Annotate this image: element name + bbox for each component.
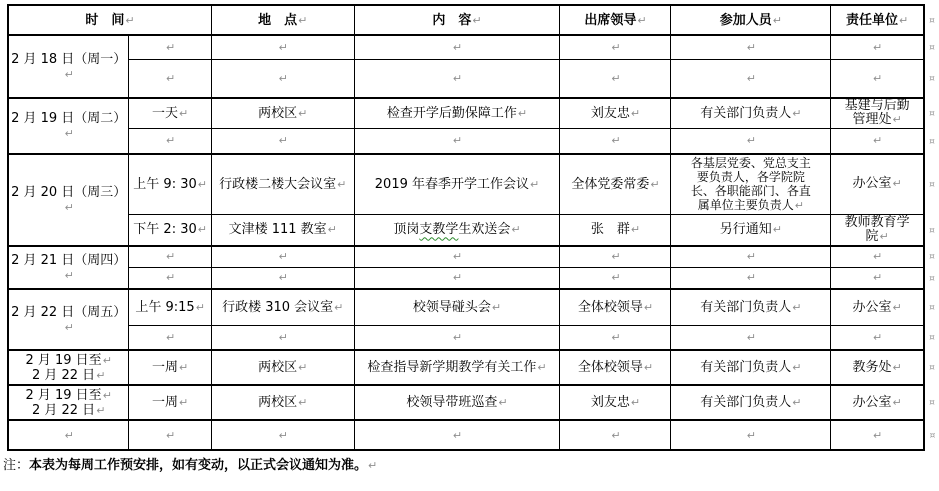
pilcrow-mark: ↵ — [893, 177, 902, 190]
pilcrow-mark: ↵ — [103, 389, 112, 402]
pilcrow-mark: ↵ — [498, 396, 507, 409]
row-end-cell: ¤ — [924, 214, 938, 246]
cell-wed-am-time: 上午 9: 30↵ — [129, 154, 212, 214]
cell-fri-date: 2 月 22 日（周五）↵ — [8, 289, 129, 350]
content-label-spellcheck: 支教学 — [419, 222, 458, 237]
pilcrow-mark: ↵ — [537, 361, 546, 374]
date-label: 2 月 19 日至↵ — [10, 353, 127, 368]
pilcrow-mark: ↵ — [96, 369, 105, 382]
pilcrow-mark: ↵ — [453, 134, 462, 147]
cell-tue-time: 一天↵ — [129, 98, 212, 128]
cell-wed-pm-place: 文津楼 111 教室↵ — [211, 214, 354, 246]
header-unit-label: 责任单位 — [846, 13, 898, 28]
pilcrow-mark: ↵ — [166, 134, 175, 147]
pilcrow-mark: ↵ — [65, 201, 74, 214]
cell-wed-pm-content: 顶岗支教学生欢送会↵ — [354, 214, 560, 246]
cell-week1-time: 一周↵ — [129, 350, 212, 385]
cell-fri-leader: 全体校领导↵ — [560, 289, 671, 325]
pilcrow-mark: ↵ — [792, 396, 801, 409]
participants-label: 另行通知 — [720, 222, 772, 237]
cell-week1-place: 两校区↵ — [211, 350, 354, 385]
pilcrow-mark: ↵ — [279, 72, 288, 85]
pilcrow-mark: ↵ — [334, 301, 343, 314]
pilcrow-mark: ↵ — [747, 134, 756, 147]
table-row: 2 月 22 日（周五）↵ 上午 9:15↵ 行政楼 310 会议室↵ 校领导碰… — [8, 289, 938, 325]
row-end-cell: ¤ — [924, 128, 938, 154]
pilcrow-mark: ↵ — [893, 301, 902, 314]
cell-week1-date: 2 月 19 日至↵2 月 22 日↵ — [8, 350, 129, 385]
pilcrow-mark: ↵ — [747, 41, 756, 54]
header-row: 时 间↵ 地 点↵ 内 容↵ 出席领导↵ 参加人员↵ 责任单位↵ ¤ — [8, 5, 938, 35]
pilcrow-mark: ↵ — [518, 107, 527, 120]
table-row: ↵ ↵ ↵ ↵ ↵ ↵ ¤ — [8, 59, 938, 98]
participants-label: 有关部门负责人 — [700, 395, 791, 410]
pilcrow-mark: ↵ — [611, 429, 620, 442]
cell-wed-am-participants: 各基层党委、党总支主要负责人，各学院院长、各职能部门、各直属单位主要负责人↵ — [671, 154, 831, 214]
pilcrow-mark: ↵ — [279, 134, 288, 147]
participants-label: 有关部门负责人 — [700, 106, 791, 121]
cell-tue-participants: 有关部门负责人↵ — [671, 98, 831, 128]
cell-wed-am-place: 行政楼二楼大会议室↵ — [211, 154, 354, 214]
table-row: 2 月 18 日（周一）↵ ↵ ↵ ↵ ↵ ↵ ↵ ¤ — [8, 35, 938, 59]
cell-thu-slot2-leader: ↵ — [560, 267, 671, 289]
pilcrow-mark: ↵ — [611, 134, 620, 147]
cell-tue-slot2-unit: ↵ — [831, 128, 924, 154]
pilcrow-mark: ↵ — [472, 14, 481, 27]
cell-mon-slot2-unit: ↵ — [831, 59, 924, 98]
cell-wed-date: 2 月 20 日（周三）↵ — [8, 154, 129, 246]
pilcrow-mark: ↵ — [198, 178, 207, 191]
cell-fri-place: 行政楼 310 会议室↵ — [211, 289, 354, 325]
table-row: 2 月 19 日至↵2 月 22 日↵ 一周↵ 两校区↵ 校领导带班巡查↵ 刘友… — [8, 385, 938, 420]
content-label: 校领导带班巡查 — [406, 395, 497, 410]
cell-fri-participants: 有关部门负责人↵ — [671, 289, 831, 325]
pilcrow-mark: ↵ — [611, 331, 620, 344]
row-end-mark: ¤ — [929, 363, 935, 373]
row-end-mark: ¤ — [929, 226, 935, 236]
cell-week2-unit: 办公室↵ — [831, 385, 924, 420]
pilcrow-mark: ↵ — [65, 269, 74, 282]
pilcrow-mark: ↵ — [96, 404, 105, 417]
row-end-mark: ¤ — [929, 333, 935, 343]
unit-label: 教务处 — [852, 360, 891, 375]
pilcrow-mark: ↵ — [650, 178, 659, 191]
pilcrow-mark: ↵ — [899, 14, 908, 27]
cell-wed-pm-leader: 张 群↵ — [560, 214, 671, 246]
header-unit: 责任单位↵ — [831, 5, 924, 35]
pilcrow-mark: ↵ — [631, 107, 640, 120]
content-label: 检查开学后勤保障工作 — [387, 106, 517, 121]
header-participants: 参加人员↵ — [671, 5, 831, 35]
cell-thu-date: 2 月 21 日（周四）↵ — [8, 246, 129, 289]
leader-label: 刘友忠 — [591, 106, 630, 121]
cell-mon-slot2-time: ↵ — [129, 59, 212, 98]
cell-mon-slot1-content: ↵ — [354, 35, 560, 59]
cell-thu-slot2-place: ↵ — [211, 267, 354, 289]
cell-week2-content: 校领导带班巡查↵ — [354, 385, 560, 420]
pilcrow-mark: ↵ — [453, 271, 462, 284]
pilcrow-mark: ↵ — [644, 301, 653, 314]
cell-tue-slot2-time: ↵ — [129, 128, 212, 154]
pilcrow-mark: ↵ — [328, 223, 337, 236]
leader-label: 张 群 — [591, 222, 630, 237]
cell-mon-slot1-leader: ↵ — [560, 35, 671, 59]
time-label: 上午 9: 30 — [133, 177, 196, 192]
row-end-cell: ¤ — [924, 420, 938, 450]
pilcrow-mark: ↵ — [530, 178, 539, 191]
pilcrow-mark: ↵ — [196, 301, 205, 314]
cell-thu-slot1-place: ↵ — [211, 246, 354, 267]
cell-last-participants: ↵ — [671, 420, 831, 450]
pilcrow-mark: ↵ — [792, 361, 801, 374]
pilcrow-mark: ↵ — [773, 14, 782, 27]
table-row: ↵ ↵ ↵ ↵ ↵ ↵ ¤ — [8, 128, 938, 154]
cell-last-place: ↵ — [211, 420, 354, 450]
cell-fri-content: 校领导碰头会↵ — [354, 289, 560, 325]
pilcrow-mark: ↵ — [279, 250, 288, 263]
cell-week2-date: 2 月 19 日至↵2 月 22 日↵ — [8, 385, 129, 420]
pilcrow-mark: ↵ — [747, 331, 756, 344]
pilcrow-mark: ↵ — [637, 14, 646, 27]
cell-last-time: ↵ — [129, 420, 212, 450]
date-label: 2 月 19 日至↵ — [10, 388, 127, 403]
cell-week1-leader: 全体校领导↵ — [560, 350, 671, 385]
cell-wed-pm-participants: 另行通知↵ — [671, 214, 831, 246]
cell-fri-slot2-content: ↵ — [354, 325, 560, 350]
cell-mon-slot1-time: ↵ — [129, 35, 212, 59]
cell-tue-unit: 基建与后勤管理处↵ — [831, 98, 924, 128]
header-time: 时 间↵ — [8, 5, 211, 35]
cell-mon-slot2-place: ↵ — [211, 59, 354, 98]
pilcrow-mark: ↵ — [65, 429, 74, 442]
place-label: 文津楼 111 教室 — [229, 222, 327, 237]
participants-label: 各基层党委、党总支主要负责人，各学院院长、各职能部门、各直属单位主要负责人 — [691, 156, 811, 212]
row-end-cell: ¤ — [924, 350, 938, 385]
cell-thu-slot2-participants: ↵ — [671, 267, 831, 289]
time-label: 下午 2: 30 — [133, 222, 196, 237]
pilcrow-mark: ↵ — [747, 271, 756, 284]
pilcrow-mark: ↵ — [747, 429, 756, 442]
pilcrow-mark: ↵ — [873, 134, 882, 147]
cell-mon-slot2-content: ↵ — [354, 59, 560, 98]
cell-mon-slot1-place: ↵ — [211, 35, 354, 59]
row-end-cell: ¤ — [924, 35, 938, 59]
leader-label: 刘友忠 — [591, 395, 630, 410]
content-label: 2019 年春季开学工作会议 — [375, 177, 529, 192]
content-label: 校领导碰头会 — [413, 300, 491, 315]
cell-last-leader: ↵ — [560, 420, 671, 450]
pilcrow-mark: ↵ — [631, 396, 640, 409]
leader-label: 全体校领导 — [578, 360, 643, 375]
cell-week2-leader: 刘友忠↵ — [560, 385, 671, 420]
row-end-cell: ¤ — [924, 385, 938, 420]
pilcrow-mark: ↵ — [103, 354, 112, 367]
row-end-mark: ¤ — [929, 303, 935, 313]
pilcrow-mark: ↵ — [873, 271, 882, 284]
cell-mon-date: 2 月 18 日（周一）↵ — [8, 35, 129, 98]
cell-fri-slot2-leader: ↵ — [560, 325, 671, 350]
pilcrow-mark: ↵ — [611, 41, 620, 54]
date-label: 2 月 21 日（周四） — [11, 253, 126, 268]
leader-label: 全体校领导 — [578, 300, 643, 315]
cell-last-date: ↵ — [8, 420, 129, 450]
table-row: 2 月 19 日至↵2 月 22 日↵ 一周↵ 两校区↵ 检查指导新学期教学有关… — [8, 350, 938, 385]
pilcrow-mark: ↵ — [298, 107, 307, 120]
pilcrow-mark: ↵ — [880, 230, 889, 243]
row-end-mark: ¤ — [929, 180, 935, 190]
cell-week2-place: 两校区↵ — [211, 385, 354, 420]
row-end-mark: ¤ — [929, 74, 935, 84]
pilcrow-mark: ↵ — [747, 250, 756, 263]
row-end-cell: ¤ — [924, 98, 938, 128]
pilcrow-mark: ↵ — [873, 72, 882, 85]
pilcrow-mark: ↵ — [65, 127, 74, 140]
pilcrow-mark: ↵ — [298, 396, 307, 409]
row-end-mark: ¤ — [929, 137, 935, 147]
unit-label: 教师教育学院 — [845, 215, 910, 244]
header-content: 内 容↵ — [354, 5, 560, 35]
pilcrow-mark: ↵ — [453, 72, 462, 85]
pilcrow-mark: ↵ — [166, 429, 175, 442]
cell-tue-slot2-leader: ↵ — [560, 128, 671, 154]
cell-fri-slot2-participants: ↵ — [671, 325, 831, 350]
pilcrow-mark: ↵ — [125, 14, 134, 27]
place-label: 两校区 — [258, 360, 297, 375]
content-label: 检查指导新学期教学有关工作 — [367, 360, 536, 375]
place-label: 行政楼二楼大会议室 — [219, 177, 336, 192]
pilcrow-mark: ↵ — [795, 199, 804, 212]
leader-label: 全体党委常委 — [571, 177, 649, 192]
pilcrow-mark: ↵ — [893, 396, 902, 409]
place-label: 两校区 — [258, 395, 297, 410]
pilcrow-mark: ↵ — [279, 41, 288, 54]
row-end-mark: ¤ — [929, 252, 935, 262]
cell-week1-participants: 有关部门负责人↵ — [671, 350, 831, 385]
cell-fri-time: 上午 9:15↵ — [129, 289, 212, 325]
cell-week1-content: 检查指导新学期教学有关工作↵ — [354, 350, 560, 385]
cell-fri-slot2-unit: ↵ — [831, 325, 924, 350]
cell-tue-leader: 刘友忠↵ — [560, 98, 671, 128]
pilcrow-mark: ↵ — [893, 113, 902, 126]
pilcrow-mark: ↵ — [611, 271, 620, 284]
row-end-cell: ¤ — [924, 59, 938, 98]
header-leader-label: 出席领导 — [584, 13, 636, 28]
pilcrow-mark: ↵ — [492, 301, 501, 314]
unit-label: 办公室 — [852, 395, 891, 410]
date-label: 2 月 22 日（周五） — [11, 305, 126, 320]
pilcrow-mark: ↵ — [179, 396, 188, 409]
pilcrow-mark: ↵ — [166, 250, 175, 263]
cell-last-unit: ↵ — [831, 420, 924, 450]
pilcrow-mark: ↵ — [453, 250, 462, 263]
header-content-label: 内 容 — [432, 13, 471, 28]
content-label: 生欢送会 — [458, 222, 510, 237]
pilcrow-mark: ↵ — [166, 41, 175, 54]
unit-label: 办公室 — [852, 300, 891, 315]
cell-thu-slot1-time: ↵ — [129, 246, 212, 267]
cell-fri-slot2-place: ↵ — [211, 325, 354, 350]
row-end-cell: ¤ — [924, 246, 938, 267]
pilcrow-mark: ↵ — [65, 321, 74, 334]
cell-last-content: ↵ — [354, 420, 560, 450]
time-label: 一天 — [152, 106, 178, 121]
pilcrow-mark: ↵ — [279, 429, 288, 442]
time-label: 一周 — [152, 360, 178, 375]
row-end-cell: ¤ — [924, 5, 938, 35]
pilcrow-mark: ↵ — [773, 223, 782, 236]
row-end-mark: ¤ — [929, 398, 935, 408]
header-place: 地 点↵ — [211, 5, 354, 35]
pilcrow-mark: ↵ — [166, 72, 175, 85]
pilcrow-mark: ↵ — [65, 68, 74, 81]
cell-thu-slot1-unit: ↵ — [831, 246, 924, 267]
pilcrow-mark: ↵ — [873, 41, 882, 54]
row-end-mark: ¤ — [930, 431, 936, 441]
cell-fri-unit: 办公室↵ — [831, 289, 924, 325]
pilcrow-mark: ↵ — [298, 361, 307, 374]
date-label: 2 月 19 日（周二） — [11, 111, 126, 126]
pilcrow-mark: ↵ — [631, 223, 640, 236]
header-time-label: 时 间 — [85, 13, 124, 28]
pilcrow-mark: ↵ — [747, 72, 756, 85]
table-row: 下午 2: 30↵ 文津楼 111 教室↵ 顶岗支教学生欢送会↵ 张 群↵ 另行… — [8, 214, 938, 246]
pilcrow-mark: ↵ — [279, 271, 288, 284]
pilcrow-mark: ↵ — [792, 107, 801, 120]
pilcrow-mark: ↵ — [179, 361, 188, 374]
date-label: 2 月 20 日（周三） — [11, 185, 126, 200]
cell-wed-am-content: 2019 年春季开学工作会议↵ — [354, 154, 560, 214]
date-label: 2 月 22 日↵ — [10, 403, 127, 418]
footnote: 注：本表为每周工作预安排，如有变动，以正式会议通知为准。↵ — [3, 457, 377, 474]
table-row: 2 月 19 日（周二）↵ 一天↵ 两校区↵ 检查开学后勤保障工作↵ 刘友忠↵ … — [8, 98, 938, 128]
row-end-cell: ¤ — [924, 325, 938, 350]
cell-mon-slot1-unit: ↵ — [831, 35, 924, 59]
document-page: 时 间↵ 地 点↵ 内 容↵ 出席领导↵ 参加人员↵ 责任单位↵ ¤ 2 月 1… — [0, 0, 939, 491]
cell-wed-pm-time: 下午 2: 30↵ — [129, 214, 212, 246]
cell-tue-slot2-participants: ↵ — [671, 128, 831, 154]
cell-mon-slot1-participants: ↵ — [671, 35, 831, 59]
time-label: 上午 9:15 — [135, 300, 194, 315]
date-label: 2 月 22 日↵ — [10, 368, 127, 383]
table-row: ↵ ↵ ↵ ↵ ↵ ↵ ¤ — [8, 267, 938, 289]
cell-thu-slot2-content: ↵ — [354, 267, 560, 289]
table-row: ↵ ↵ ↵ ↵ ↵ ↵ ↵ ¤ — [8, 420, 938, 450]
cell-thu-slot2-time: ↵ — [129, 267, 212, 289]
pilcrow-mark: ↵ — [298, 14, 307, 27]
table-row: 2 月 21 日（周四）↵ ↵ ↵ ↵ ↵ ↵ ↵ ¤ — [8, 246, 938, 267]
pilcrow-mark: ↵ — [792, 301, 801, 314]
place-label: 行政楼 310 会议室 — [222, 300, 333, 315]
cell-fri-slot2-time: ↵ — [129, 325, 212, 350]
pilcrow-mark: ↵ — [893, 361, 902, 374]
content-label: 顶岗 — [393, 222, 419, 237]
pilcrow-mark: ↵ — [337, 178, 346, 191]
cell-wed-pm-unit: 教师教育学院↵ — [831, 214, 924, 246]
pilcrow-mark: ↵ — [511, 223, 520, 236]
pilcrow-mark: ↵ — [873, 331, 882, 344]
pilcrow-mark: ↵ — [279, 331, 288, 344]
table-row: 2 月 20 日（周三）↵ 上午 9: 30↵ 行政楼二楼大会议室↵ 2019 … — [8, 154, 938, 214]
schedule-table: 时 间↵ 地 点↵ 内 容↵ 出席领导↵ 参加人员↵ 责任单位↵ ¤ 2 月 1… — [7, 4, 939, 451]
unit-label: 办公室 — [852, 176, 891, 191]
pilcrow-mark: ↵ — [166, 331, 175, 344]
pilcrow-mark: ↵ — [198, 223, 207, 236]
cell-wed-am-leader: 全体党委常委↵ — [560, 154, 671, 214]
pilcrow-mark: ↵ — [453, 331, 462, 344]
pilcrow-mark: ↵ — [368, 459, 377, 472]
header-leader: 出席领导↵ — [560, 5, 671, 35]
cell-tue-date: 2 月 19 日（周二）↵ — [8, 98, 129, 154]
footnote-label: 注： — [3, 458, 29, 473]
pilcrow-mark: ↵ — [179, 107, 188, 120]
row-end-cell: ¤ — [924, 154, 938, 214]
cell-tue-slot2-content: ↵ — [354, 128, 560, 154]
table-row: ↵ ↵ ↵ ↵ ↵ ↵ ¤ — [8, 325, 938, 350]
pilcrow-mark: ↵ — [611, 250, 620, 263]
pilcrow-mark: ↵ — [611, 72, 620, 85]
footnote-text: 本表为每周工作预安排，如有变动，以正式会议通知为准。 — [29, 458, 367, 473]
pilcrow-mark: ↵ — [644, 361, 653, 374]
cell-mon-slot2-leader: ↵ — [560, 59, 671, 98]
pilcrow-mark: ↵ — [453, 429, 462, 442]
cell-thu-slot1-content: ↵ — [354, 246, 560, 267]
row-end-mark: ¤ — [929, 16, 935, 26]
cell-week2-participants: 有关部门负责人↵ — [671, 385, 831, 420]
participants-label: 有关部门负责人 — [700, 300, 791, 315]
place-label: 两校区 — [258, 106, 297, 121]
cell-week1-unit: 教务处↵ — [831, 350, 924, 385]
pilcrow-mark: ↵ — [873, 429, 882, 442]
cell-week2-time: 一周↵ — [129, 385, 212, 420]
cell-tue-content: 检查开学后勤保障工作↵ — [354, 98, 560, 128]
cell-tue-place: 两校区↵ — [211, 98, 354, 128]
header-participants-label: 参加人员 — [720, 13, 772, 28]
cell-thu-slot2-unit: ↵ — [831, 267, 924, 289]
pilcrow-mark: ↵ — [873, 250, 882, 263]
cell-wed-am-unit: 办公室↵ — [831, 154, 924, 214]
participants-label: 有关部门负责人 — [700, 360, 791, 375]
cell-tue-slot2-place: ↵ — [211, 128, 354, 154]
row-end-cell: ¤ — [924, 267, 938, 289]
row-end-mark: ¤ — [929, 109, 935, 119]
row-end-cell: ¤ — [924, 289, 938, 325]
header-place-label: 地 点 — [258, 13, 297, 28]
pilcrow-mark: ↵ — [166, 271, 175, 284]
cell-mon-slot2-participants: ↵ — [671, 59, 831, 98]
date-label: 2 月 18 日（周一） — [11, 52, 126, 67]
time-label: 一周 — [152, 395, 178, 410]
cell-thu-slot1-participants: ↵ — [671, 246, 831, 267]
cell-thu-slot1-leader: ↵ — [560, 246, 671, 267]
row-end-mark: ¤ — [929, 274, 935, 284]
row-end-mark: ¤ — [929, 43, 935, 53]
pilcrow-mark: ↵ — [453, 41, 462, 54]
